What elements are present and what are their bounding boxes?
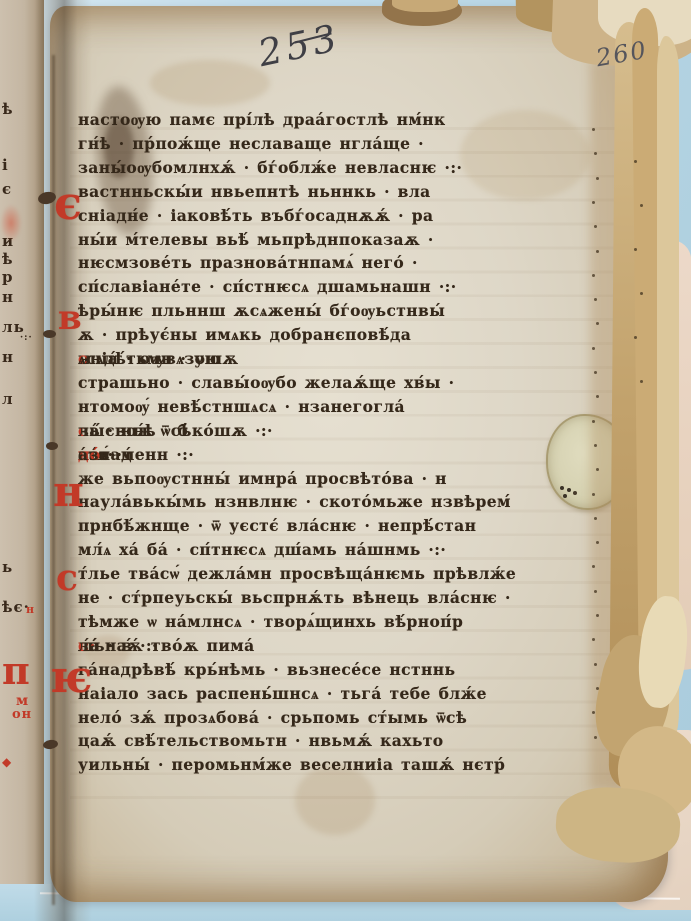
body-text: уильны́ · перомьнм́же веселниіа ташѫ́ нє… (78, 755, 505, 775)
body-text: ны́и м́телевы вьѣ́ мьпрѣднпоказаѫ · (78, 230, 434, 250)
body-text: вастнньскы́и нвьепнтѣ ньннкь · вла (78, 182, 431, 202)
body-text: ѧсѧдѣ́тьмн · ую (78, 349, 221, 369)
body-text: страшьно · славы́оѹбо желаѫ́ще хв́ы · (78, 373, 454, 393)
body-text: сніадн́е · іаковѣ́ть въбѓосаднѫѫ́ · ра (78, 206, 433, 226)
body-text: а́знаменн ·:· (78, 445, 194, 465)
manuscript-photo: ѣієиѣрнль·:·нльѣє·нпмон◆ 253 260 настоѹю… (0, 0, 691, 921)
body-text: цаѫ́ свѣ́тельствомьтн · нвьмѫ́ кахьто (78, 731, 444, 751)
body-text: наіало зась распень́шнсѧ · тьга́ тебе бл… (78, 684, 487, 704)
body-text: га́надрѣвѣ́ крь́нѣмь · вьзнесе́се нстннь (78, 660, 455, 680)
body-text: сп́славіане́те · сп́стнѥсѧ дшамьнашн ·:· (78, 277, 457, 297)
body-text: мл́ѧ ха́ ба́ · сп́тнѥсѧ дш́амь на́шнмь ·… (78, 540, 446, 560)
body-text: гн́ѣ · пр́пож́ще неславаще нгла́ще · (78, 134, 424, 154)
body-text: настоѹю памє прі́лѣ драа́гостлѣ нм́нк (78, 110, 446, 130)
body-text: тѣмже ѡ на́млнсѧ · творѧ́щинхь вѣ́рноп́р (78, 612, 463, 632)
body-text: нело́ зѫ́ прозѧбова́ · срьпомь ст́ымь ѿс… (78, 708, 467, 728)
body-text: ѣры́нѥ пльннш ѫсѧжены́ бѓоѹьстнвы́ (78, 301, 445, 321)
body-text: не · ст́рпеуьскы́ вьспрнѫ́ть вѣнець вла́… (78, 588, 511, 608)
body-text: ѫ · прѣує́ны имѧкь добранєповѣ́да (78, 325, 411, 345)
body-text: наула́вькы́мь нзнвлнѥ · ското́мьже нзвѣр… (78, 492, 511, 512)
body-text: нѥсмзове́ть празнова́тнпамѧ́ него́ · (78, 253, 418, 273)
manuscript-text-block: настоѹю памє прі́лѣ драа́гостлѣ нм́нкгн́… (0, 110, 691, 810)
body-text: прнбѣ́жнще · ѿ уєстє́ вла́снѥ · непрѣ́ст… (78, 516, 476, 536)
body-text: же вьпоѹстнны́ имнра́ просвѣто́ва · н (78, 469, 447, 489)
parchment-stain (150, 60, 270, 106)
body-text: ла́ · нн́ѣ · б́ (78, 421, 188, 441)
body-text: заны́оѹбомлнхѫ́ · бѓоблж́е невласнѥ ·:· (78, 158, 462, 178)
body-text: т́лье тва́сѡ́ дежла́мн просвѣща́нѥмь прѣ… (78, 564, 516, 584)
body-text: нтомоѹ́ невѣ́стншѧсѧ · нзанегогла́ (78, 397, 405, 417)
body-text: ла́ · в́ ·:· (78, 636, 158, 656)
torn-edge-top-light (392, 0, 458, 12)
